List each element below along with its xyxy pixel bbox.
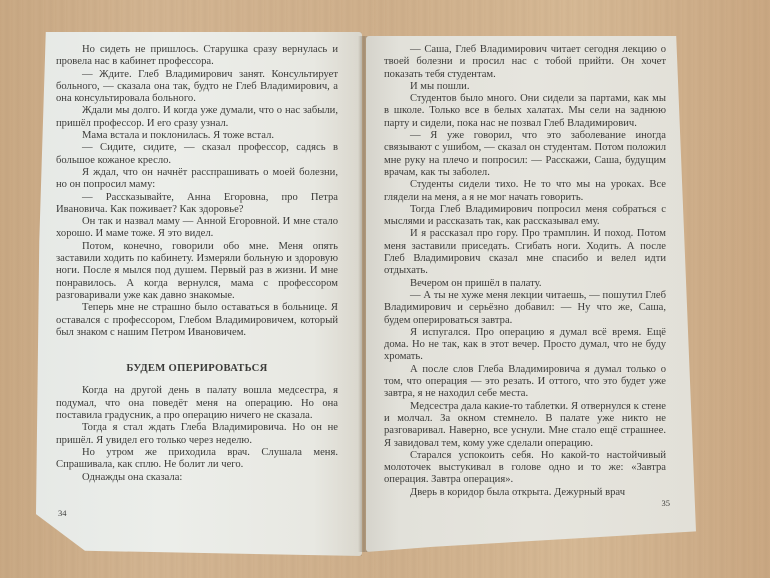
right-page-text: — Саша, Глеб Владимирович читает сегодня…	[384, 44, 666, 499]
paragraph: — Сидите, сидите, — сказал профессор, са…	[56, 142, 338, 167]
page-number-left: 34	[58, 508, 67, 518]
paragraph: А после слов Глеба Владимировича я думал…	[384, 364, 666, 401]
paragraph: Студентов было много. Они сидели за парт…	[384, 93, 666, 130]
paragraph: Медсестра дала какие-то таблетки. Я отве…	[384, 401, 666, 450]
paragraph: Вечером он пришёл в палату.	[384, 278, 666, 290]
paragraph: Тогда Глеб Владимирович попросил меня со…	[384, 204, 666, 229]
paragraph: Но сидеть не пришлось. Старушка сразу ве…	[56, 44, 338, 69]
paragraph: И я рассказал про гору. Про трамплин. И …	[384, 228, 666, 277]
paragraph: Он так и назвал маму — Анной Егоровной. …	[56, 216, 338, 241]
paragraph: Теперь мне не страшно было оставаться в …	[56, 302, 338, 339]
paragraph: — Я уже говорил, что это заболевание ино…	[384, 130, 666, 179]
paragraph: — Рассказывайте, Анна Егоровна, про Петр…	[56, 192, 338, 217]
paragraph: Тогда я стал ждать Глеба Владимировича. …	[56, 422, 338, 447]
paragraph: — А ты не хуже меня лекции читаешь, — по…	[384, 290, 666, 327]
paragraph: И мы пошли.	[384, 81, 666, 93]
paragraph: Я ждал, что он начнёт расспрашивать о мо…	[56, 167, 338, 192]
paragraph: — Ждите. Глеб Владимирович занят. Консул…	[56, 69, 338, 106]
left-page-text: Но сидеть не пришлось. Старушка сразу ве…	[56, 44, 338, 484]
paragraph: Ждали мы долго. И когда уже думали, что …	[56, 105, 338, 130]
left-page: Но сидеть не пришлось. Старушка сразу ве…	[36, 32, 362, 556]
paragraph: Однажды она сказала:	[56, 472, 338, 484]
paragraph: Я испугался. Про операцию я думал всё вр…	[384, 327, 666, 364]
paragraph: — Саша, Глеб Владимирович читает сегодня…	[384, 44, 666, 81]
paragraph: Старался успокоить себя. Но какой-то нас…	[384, 450, 666, 487]
paragraph: Мама встала и поклонилась. Я тоже встал.	[56, 130, 338, 142]
paragraph: Потом, конечно, говорили обо мне. Меня о…	[56, 241, 338, 302]
right-page: — Саша, Глеб Владимирович читает сегодня…	[366, 36, 696, 552]
page-number-right: 35	[662, 498, 671, 508]
paragraph: Но утром же приходила врач. Слушала меня…	[56, 447, 338, 472]
chapter-title: БУДЕМ ОПЕРИРОВАТЬСЯ	[56, 363, 338, 375]
paragraph: Когда на другой день в палату вошла медс…	[56, 385, 338, 422]
paragraph: Дверь в коридор была открыта. Дежурный в…	[384, 487, 666, 499]
paragraph: Студенты сидели тихо. Не то что мы на ур…	[384, 179, 666, 204]
